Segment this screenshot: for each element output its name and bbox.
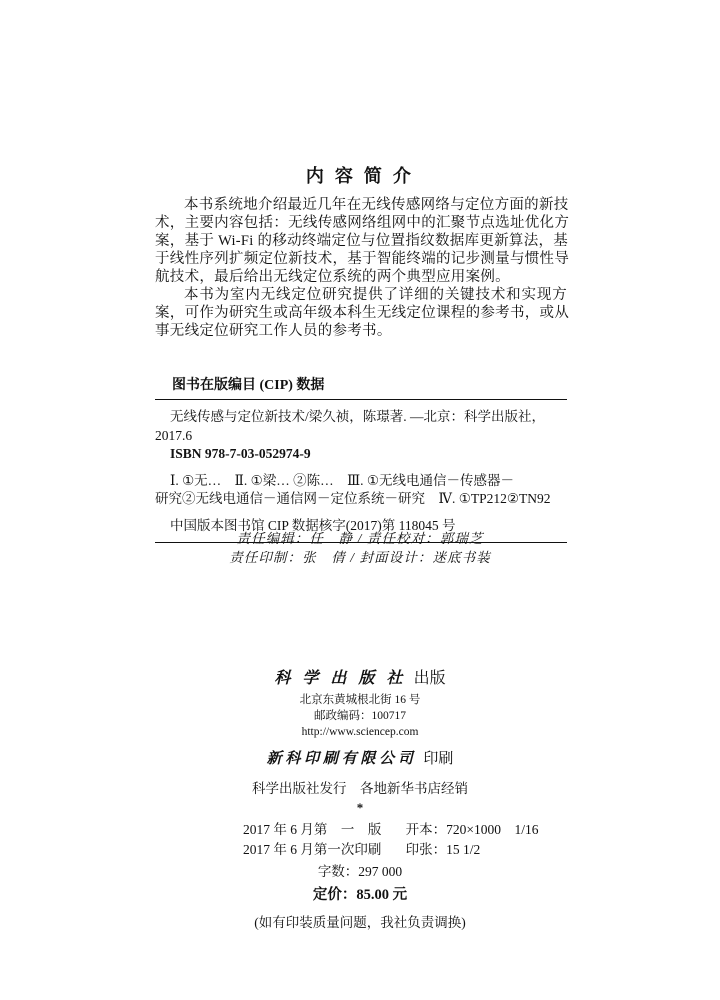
cip-heading: 图书在版编目 (CIP) 数据 <box>155 374 567 400</box>
printing-date: 2017 年 6 月第一次印刷 <box>243 842 381 857</box>
summary-line: 事无线定位研究工作人员的参考书。 <box>155 322 567 340</box>
publisher-address: 北京东黄城根北街 16 号 <box>0 693 720 707</box>
publisher-line: 科 学 出 版 社出版 <box>0 670 720 688</box>
summary-line: 案，可作为研究生或高年级本科生无线定位课程的参考书，或从 <box>155 304 567 322</box>
cip-year-line: 2017.6 <box>155 427 567 446</box>
edition-line: 2017 年 6 月第 一 版开本：720×1000 1/16 <box>243 820 720 840</box>
publisher-name: 科 学 出 版 社 <box>274 670 406 687</box>
cip-data-block: 图书在版编目 (CIP) 数据 无线传感与定位新技术/梁久祯，陈璟著. —北京：… <box>155 374 567 543</box>
asterisk-divider: * <box>0 800 720 816</box>
quality-note: (如有印装质量问题，我社负责调换) <box>0 911 720 931</box>
credits-line-editor: 责任编辑：任 静 / 责任校对：郭瑞芝 <box>0 529 720 548</box>
edition-date: 2017 年 6 月第 一 版 <box>243 822 381 837</box>
word-count: 字数：297 000 <box>0 860 720 880</box>
content-summary: 本书系统地介绍最近几年在无线传感网络与定位方面的新技 术，主要内容包括：无线传感… <box>155 196 567 340</box>
cip-classification-line: 研究②无线电通信－通信网－定位系统－研究 Ⅳ. ①TP212②TN92 <box>155 490 567 509</box>
price: 定价：85.00 元 <box>0 883 720 904</box>
book-format: 开本：720×1000 1/16 <box>406 822 539 837</box>
credits-line-printing: 责任印制：张 倩 / 封面设计：迷底书装 <box>0 548 720 567</box>
summary-line: 于线性序列扩频定位新技术，基于智能终端的记步测量与惯性导 <box>155 250 567 268</box>
staff-credits: 责任编辑：任 静 / 责任校对：郭瑞芝 责任印制：张 倩 / 封面设计：迷底书装 <box>0 529 720 567</box>
summary-line: 本书为室内无线定位研究提供了详细的关键技术和实现方 <box>155 286 567 304</box>
summary-line: 本书系统地介绍最近几年在无线传感网络与定位方面的新技 <box>155 196 567 214</box>
postal-code: 邮政编码：100717 <box>0 709 720 723</box>
summary-line: 航技术，最后给出无线定位系统的两个典型应用案例。 <box>155 268 567 286</box>
publication-details: 2017 年 6 月第 一 版开本：720×1000 1/16 2017 年 6… <box>0 820 720 860</box>
book-copyright-page: 内 容 简 介 本书系统地介绍最近几年在无线传感网络与定位方面的新技 术，主要内… <box>0 0 720 1000</box>
printing-line: 2017 年 6 月第一次印刷印张：15 1/2 <box>243 840 720 860</box>
cip-classification-line: Ⅰ. ①无… Ⅱ. ①梁… ②陈… Ⅲ. ①无线电通信－传感器－ <box>155 472 567 491</box>
publisher-suffix: 出版 <box>414 670 446 687</box>
distribution-line: 科学出版社发行 各地新华书店经销 <box>0 777 720 797</box>
summary-line: 术，主要内容包括：无线传感网络组网中的汇聚节点选址优化方 <box>155 214 567 232</box>
page-title: 内 容 简 介 <box>0 162 720 188</box>
printed-sheets: 印张：15 1/2 <box>406 842 481 857</box>
publisher-website: http://www.sciencep.com <box>0 725 720 739</box>
printer-line: 新科印刷有限公司印刷 <box>0 750 720 768</box>
printer-name: 新科印刷有限公司 <box>267 751 417 767</box>
publisher-colophon: 科 学 出 版 社出版 北京东黄城根北街 16 号 邮政编码：100717 ht… <box>0 670 720 931</box>
printer-suffix: 印刷 <box>423 751 453 767</box>
cip-isbn: ISBN 978-7-03-052974-9 <box>155 445 567 464</box>
summary-line: 案，基于 Wi-Fi 的移动终端定位与位置指纹数据库更新算法，基 <box>155 232 567 250</box>
cip-title-line: 无线传感与定位新技术/梁久祯，陈璟著. —北京：科学出版社， <box>155 408 567 427</box>
